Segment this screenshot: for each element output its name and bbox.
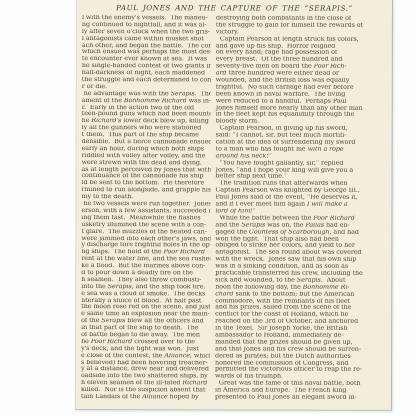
text-line: the struggle to gain for himself the rew… [216,22,389,29]
text-line: tain Landais of the Alliance hoped by [81,394,210,401]
page-header-title: PAUL JONES AND THE CAPTURE OF THE “SERAP… [77,3,392,13]
right-column: destroying both combatants in the close … [215,15,389,401]
book-page: PAUL JONES AND THE CAPTURE OF THE “SERAP… [75,0,393,411]
left-column: l with the enemy's vessels. The maneu-ng… [81,15,211,401]
text-columns: l with the enemy's vessels. The maneu-ng… [76,15,392,402]
text-line: presented to Paul Jones an elegant sword… [215,394,388,401]
